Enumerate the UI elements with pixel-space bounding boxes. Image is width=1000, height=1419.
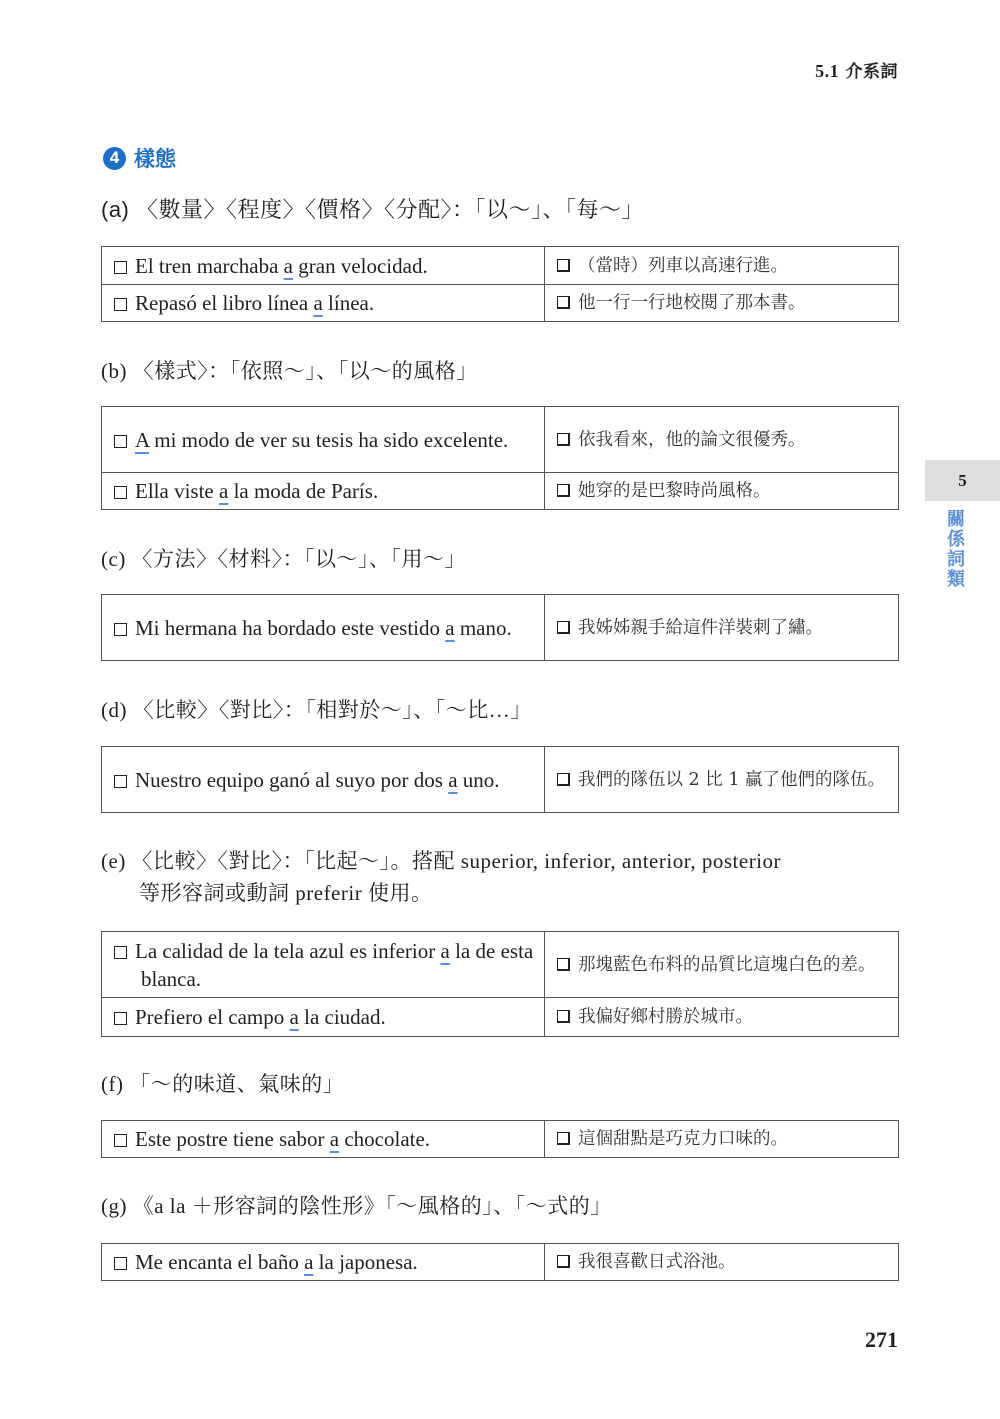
subsection-heading-a: (a) 〈數量〉〈程度〉〈價格〉〈分配〉：「以～」、「每～」	[101, 193, 644, 224]
chinese-translation: 我很喜歡日式浴池。	[545, 1244, 899, 1281]
checkbox-icon[interactable]	[557, 259, 570, 272]
keyword-a: a	[330, 1127, 339, 1151]
subsection-heading-c: (c) 〈方法〉〈材料〉：「以～」、「用～」	[101, 543, 466, 573]
chinese-translation: 她穿的是巴黎時尚風格。	[545, 473, 899, 510]
spanish-sentence: Nuestro equipo ganó al suyo por dos a un…	[102, 747, 545, 813]
table-row: A mi modo de ver su tesis ha sido excele…	[102, 407, 899, 473]
checkbox-icon[interactable]	[114, 435, 127, 448]
running-head-number: 5.1	[815, 61, 839, 81]
example-table-c: Mi hermana ha bordado este vestido a man…	[101, 594, 899, 661]
spanish-sentence: A mi modo de ver su tesis ha sido excele…	[102, 407, 545, 473]
spanish-sentence: Me encanta el baño a la japonesa.	[102, 1244, 545, 1281]
spanish-sentence: Mi hermana ha bordado este vestido a man…	[102, 595, 545, 661]
subsection-heading-b: (b) 〈樣式〉：「依照～」、「以～的風格」	[101, 355, 478, 385]
section-title: 4 樣態	[103, 143, 176, 173]
spanish-sentence: Este postre tiene sabor a chocolate.	[102, 1121, 545, 1158]
chinese-translation: 他一行一行地校閱了那本書。	[545, 285, 899, 322]
table-row: Mi hermana ha bordado este vestido a man…	[102, 595, 899, 661]
checkbox-icon[interactable]	[557, 621, 570, 634]
example-table-d: Nuestro equipo ganó al suyo por dos a un…	[101, 746, 899, 813]
running-head-title: 介系詞	[846, 62, 899, 82]
keyword-a: A	[135, 428, 149, 452]
checkbox-icon[interactable]	[557, 1255, 570, 1268]
keyword-a: a	[313, 291, 322, 315]
checkbox-icon[interactable]	[557, 433, 570, 446]
table-row: Prefiero el campo a la ciudad. 我偏好鄉村勝於城市…	[102, 998, 899, 1037]
page-number: 271	[865, 1327, 898, 1353]
table-row: Repasó el libro línea a línea. 他一行一行地校閱了…	[102, 285, 899, 322]
example-table-e: La calidad de la tela azul es inferior a…	[101, 931, 899, 1037]
subsection-heading-d: (d) 〈比較〉〈對比〉：「相對於～」、「～比…」	[101, 694, 532, 724]
section-number-badge-icon: 4	[103, 147, 126, 170]
checkbox-icon[interactable]	[114, 946, 127, 959]
chinese-translation: （當時）列車以高速行進。	[545, 247, 899, 285]
heading-line-2: 等形容詞或動詞 preferir 使用。	[101, 877, 781, 907]
keyword-a: a	[290, 1005, 299, 1029]
chapter-label: 關係詞類	[946, 510, 966, 590]
checkbox-icon[interactable]	[114, 775, 127, 788]
subsection-heading-g: (g) 《a la ＋形容詞的陰性形》「～風格的」、「～式的」	[101, 1190, 612, 1220]
checkbox-icon[interactable]	[557, 958, 570, 971]
table-row: Me encanta el baño a la japonesa. 我很喜歡日式…	[102, 1244, 899, 1281]
example-table-b: A mi modo de ver su tesis ha sido excele…	[101, 406, 899, 510]
keyword-a: a	[219, 479, 228, 503]
checkbox-icon[interactable]	[557, 773, 570, 786]
checkbox-icon[interactable]	[557, 1132, 570, 1145]
checkbox-icon[interactable]	[557, 1010, 570, 1023]
running-head: 5.1 介系詞	[815, 57, 898, 82]
checkbox-icon[interactable]	[114, 261, 127, 274]
keyword-a: a	[441, 939, 450, 963]
checkbox-icon[interactable]	[114, 486, 127, 499]
checkbox-icon[interactable]	[557, 296, 570, 309]
example-table-a: El tren marchaba a gran velocidad. （當時）列…	[101, 246, 899, 322]
checkbox-icon[interactable]	[114, 1257, 127, 1270]
keyword-a: a	[448, 768, 457, 792]
chinese-translation: 我們的隊伍以 2 比 1 贏了他們的隊伍。	[545, 747, 899, 813]
section-label: 樣態	[134, 143, 176, 173]
table-row: El tren marchaba a gran velocidad. （當時）列…	[102, 247, 899, 285]
example-table-f: Este postre tiene sabor a chocolate. 這個甜…	[101, 1120, 899, 1158]
chinese-translation: 這個甜點是巧克力口味的。	[545, 1121, 899, 1158]
spanish-sentence: Prefiero el campo a la ciudad.	[102, 998, 545, 1037]
checkbox-icon[interactable]	[114, 298, 127, 311]
spanish-sentence: Ella viste a la moda de París.	[102, 473, 545, 510]
checkbox-icon[interactable]	[557, 484, 570, 497]
chapter-tab[interactable]: 5	[925, 460, 1000, 501]
chinese-translation: 依我看來，他的論文很優秀。	[545, 407, 899, 473]
example-table-g: Me encanta el baño a la japonesa. 我很喜歡日式…	[101, 1243, 899, 1281]
table-row: Ella viste a la moda de París. 她穿的是巴黎時尚風…	[102, 473, 899, 510]
checkbox-icon[interactable]	[114, 1134, 127, 1147]
keyword-a: a	[445, 616, 454, 640]
checkbox-icon[interactable]	[114, 623, 127, 636]
spanish-sentence: Repasó el libro línea a línea.	[102, 285, 545, 322]
table-row: Nuestro equipo ganó al suyo por dos a un…	[102, 747, 899, 813]
chinese-translation: 那塊藍色布料的品質比這塊白色的差。	[545, 932, 899, 998]
spanish-sentence: La calidad de la tela azul es inferior a…	[102, 932, 545, 998]
checkbox-icon[interactable]	[114, 1012, 127, 1025]
table-row: Este postre tiene sabor a chocolate. 這個甜…	[102, 1121, 899, 1158]
subsection-heading-f: (f) 「～的味道、氣味的」	[101, 1068, 344, 1098]
spanish-sentence: El tren marchaba a gran velocidad.	[102, 247, 545, 285]
keyword-a: a	[284, 254, 293, 278]
chinese-translation: 我姊姊親手給這件洋裝刺了繡。	[545, 595, 899, 661]
subsection-heading-e: (e) 〈比較〉〈對比〉：「比起～」。搭配 superior, inferior…	[101, 845, 781, 907]
chinese-translation: 我偏好鄉村勝於城市。	[545, 998, 899, 1037]
heading-line-1: (e) 〈比較〉〈對比〉：「比起～」。搭配 superior, inferior…	[101, 849, 781, 873]
table-row: La calidad de la tela azul es inferior a…	[102, 932, 899, 998]
